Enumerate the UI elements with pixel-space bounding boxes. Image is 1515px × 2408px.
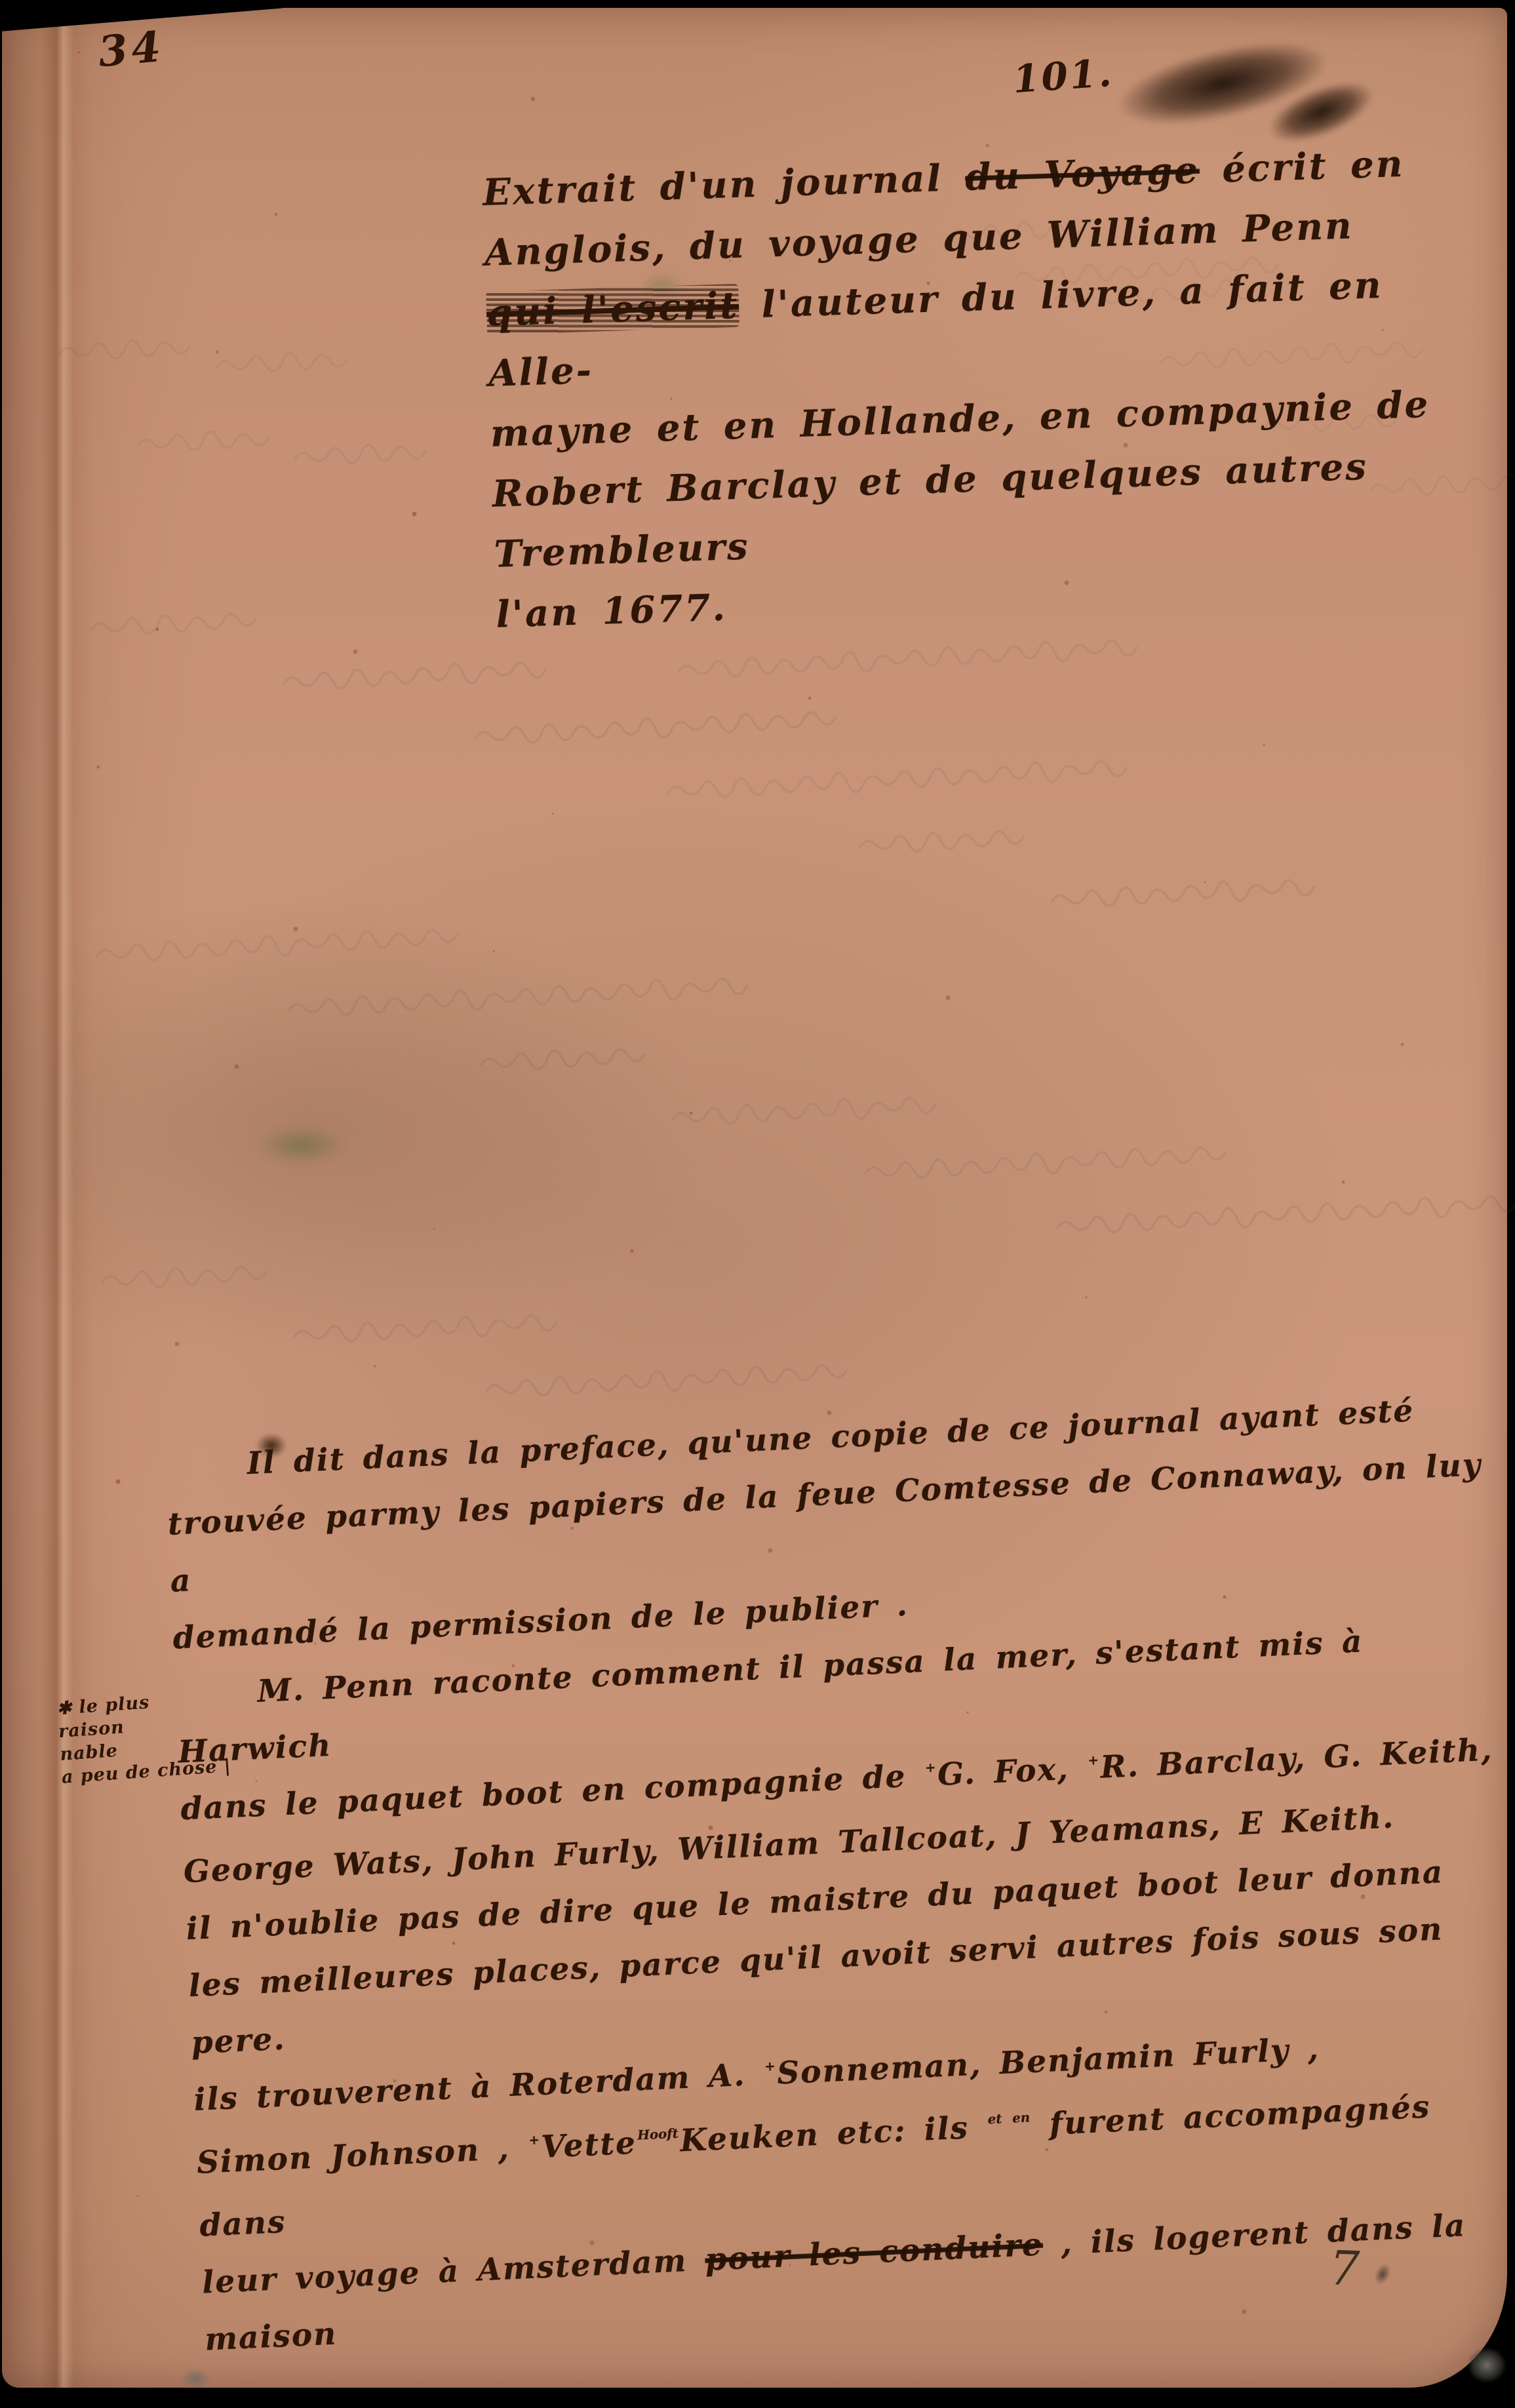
folio-number-bottom: 7: [1329, 2240, 1361, 2297]
manuscript-scan: { "page": { "folio_left": "34", "folio_r…: [0, 0, 1515, 2408]
title-block: Extrait d'un journal du Voyage écrit enA…: [482, 132, 1466, 645]
margin-note: ✱ le plusraisonnablea peu de chose |: [56, 1686, 232, 1789]
folio-number-recto: 101.: [1012, 50, 1115, 102]
crossing-paragraph: M. Penn raconte comment il passa la mer,…: [174, 1607, 1515, 2368]
folio-number-left: 34: [96, 22, 167, 77]
body-text: Il dit dans la preface, qu'une copie de …: [164, 1379, 1515, 2369]
